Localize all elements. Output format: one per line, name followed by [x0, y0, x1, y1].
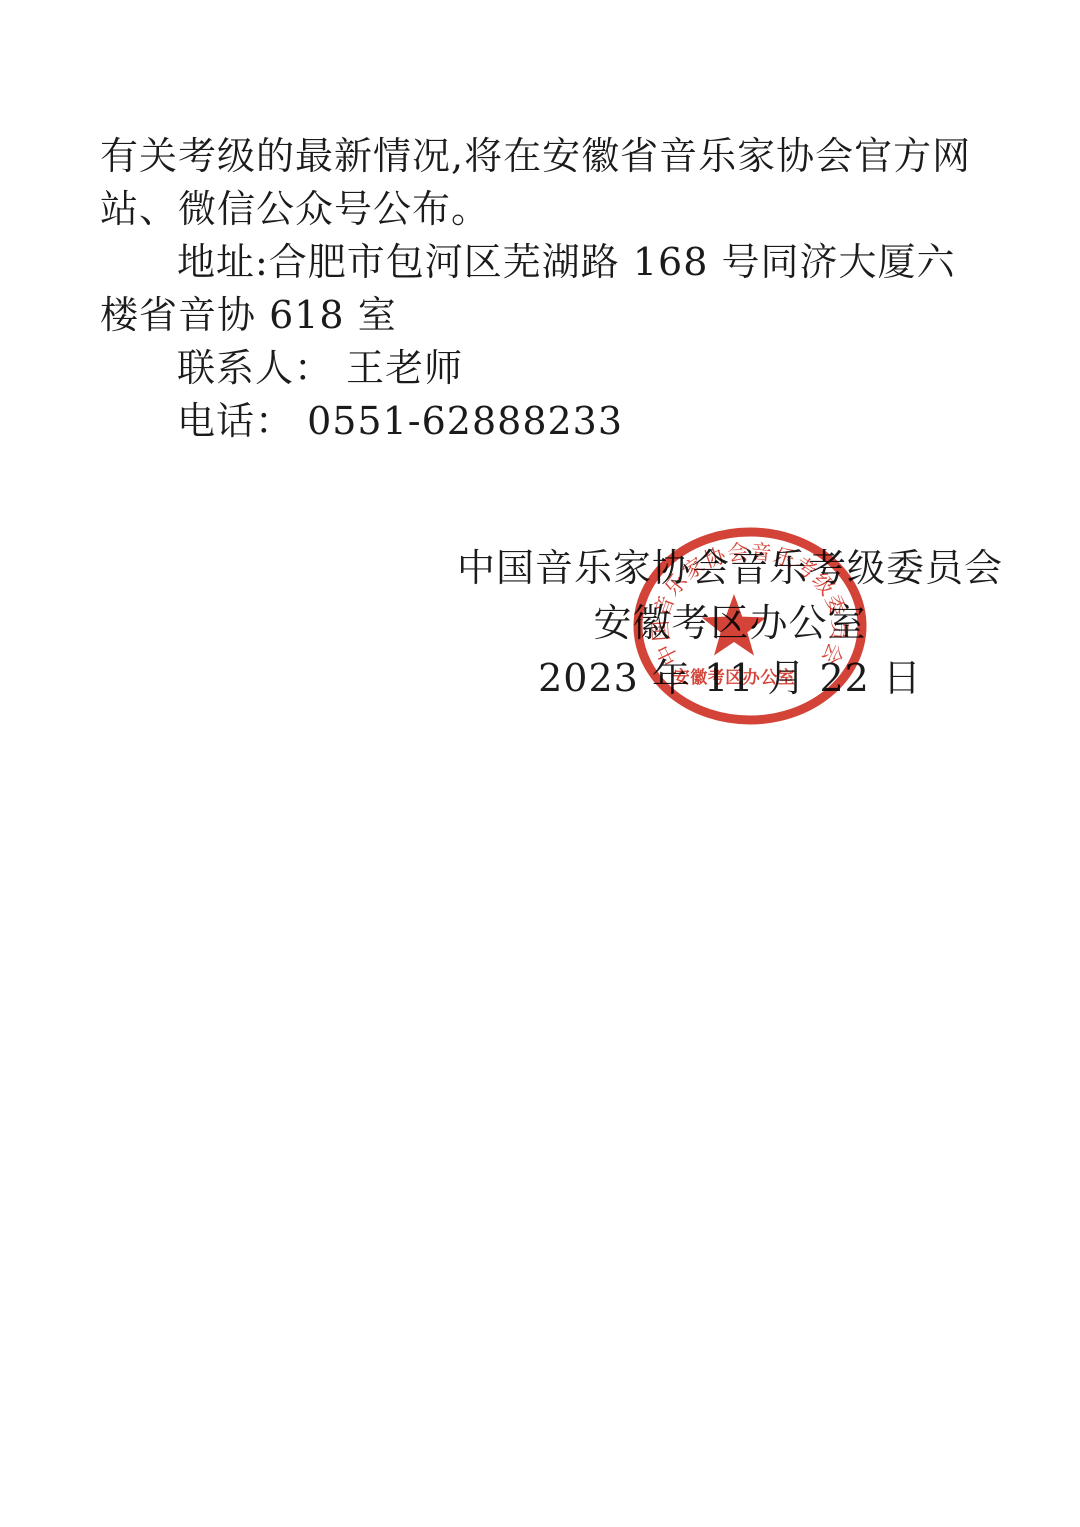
paragraph-line: 站、微信公众号公布。: [100, 183, 1000, 236]
signature-date: 2023 年 11 月 22 日: [400, 651, 1060, 706]
paragraph-line-address: 地址:合肥市包河区芜湖路 168 号同济大厦六: [100, 236, 1000, 289]
paragraph-line-phone: 电话： 0551-62888233: [100, 395, 1000, 448]
body-paragraph: 有关考级的最新情况,将在安徽省音乐家协会官方网 站、微信公众号公布。 地址:合肥…: [100, 130, 1000, 448]
paragraph-line-address-cont: 楼省音协 618 室: [100, 289, 1000, 342]
paragraph-line: 有关考级的最新情况,将在安徽省音乐家协会官方网: [100, 130, 1000, 183]
signature-block: 中国音乐家协会音乐考级委员会 安徽考区办公室 2023 年 11 月 22 日: [400, 541, 1060, 706]
paragraph-line-contact: 联系人： 王老师: [100, 342, 1000, 395]
signature-office: 安徽考区办公室: [400, 596, 1060, 651]
signature-committee: 中国音乐家协会音乐考级委员会: [400, 541, 1060, 596]
document-page: 有关考级的最新情况,将在安徽省音乐家协会官方网 站、微信公众号公布。 地址:合肥…: [0, 0, 1080, 1527]
